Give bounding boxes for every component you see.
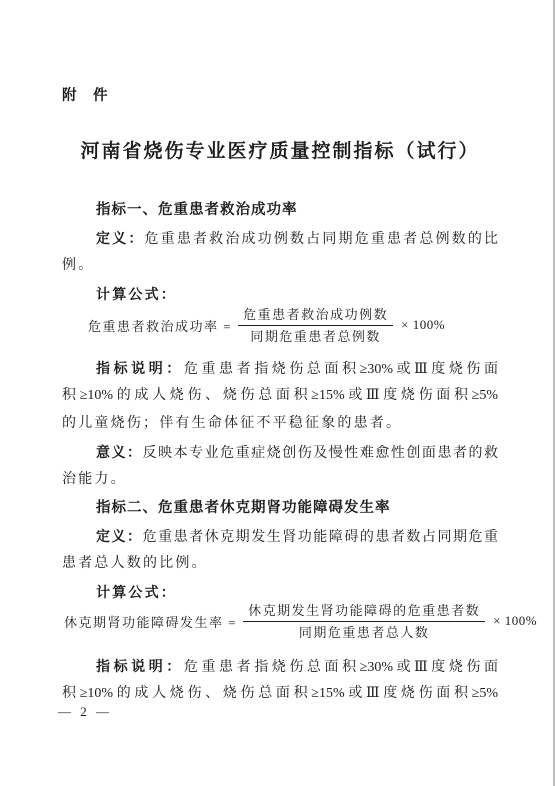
indicator1-heading: 指标一、危重患者救治成功率 xyxy=(62,196,498,224)
formula-fraction: 休克期发生肾功能障碍的危重患者数 同期危重患者总人数 xyxy=(243,602,485,641)
formula-lhs: 危重患者救治成功率 = xyxy=(88,316,232,335)
indicator1-description-line1: 指标说明：危重患者指烧伤总面积≥30%或Ⅲ度烧伤面 xyxy=(62,354,498,382)
description-label: 指标说明： xyxy=(96,360,184,376)
description-text: 危重患者指烧伤总面积≥30%或Ⅲ度烧伤面 xyxy=(184,362,498,377)
definition-label: 定义： xyxy=(96,528,143,544)
indicator1-definition-line1: 定义：危重患者救治成功例数占同期危重患者总例数的比 xyxy=(62,224,498,252)
formula-fraction: 危重患者救治成功例数 同期危重患者总例数 xyxy=(238,306,393,345)
indicator2-heading: 指标二、危重患者休克期肾功能障碍发生率 xyxy=(62,494,498,522)
scan-edge-artifact xyxy=(553,0,555,786)
indicator2-description-line2: 积≥10%的成人烧伤、烧伤总面积≥15%或Ⅲ度烧伤面积≥5% xyxy=(62,680,498,708)
indicator1-description-line2: 积≥10%的成人烧伤、烧伤总面积≥15%或Ⅲ度烧伤面积≥5% xyxy=(62,382,498,410)
definition-label: 定义： xyxy=(96,230,145,246)
significance-text: 反映本专业危重症烧创伤及慢性难愈性创面患者的救 xyxy=(143,446,498,461)
indicator1-description-line3: 的儿童烧伤；伴有生命体征不平稳征象的患者。 xyxy=(62,410,498,438)
formula-denominator: 同期危重患者总人数 xyxy=(299,622,430,641)
indicator1-definition-line2: 例。 xyxy=(62,252,498,280)
document-title: 河南省烧伤专业医疗质量控制指标（试行） xyxy=(62,138,498,166)
description-label: 指标说明： xyxy=(96,658,184,674)
document-content: 附 件 河南省烧伤专业医疗质量控制指标（试行） 指标一、危重患者救治成功率 定义… xyxy=(62,0,498,722)
definition-text: 危重患者休克期发生肾功能障碍的患者数占同期危重 xyxy=(143,530,498,545)
indicator2-definition-line1: 定义：危重患者休克期发生肾功能障碍的患者数占同期危重 xyxy=(62,522,498,550)
indicator1-significance-line1: 意义：反映本专业危重症烧创伤及慢性难愈性创面患者的救 xyxy=(62,438,498,466)
description-text: 危重患者指烧伤总面积≥30%或Ⅲ度烧伤面 xyxy=(184,660,498,675)
indicator1-formula: 危重患者救治成功率 = 危重患者救治成功例数 同期危重患者总例数 × 100% xyxy=(62,302,498,348)
formula-denominator: 同期危重患者总例数 xyxy=(250,326,381,345)
indicator1-significance-line2: 治能力。 xyxy=(62,466,498,494)
attachment-label: 附 件 xyxy=(62,86,498,106)
significance-label: 意义： xyxy=(96,444,143,460)
formula-rhs: × 100% xyxy=(493,613,537,629)
document-page: 附 件 河南省烧伤专业医疗质量控制指标（试行） 指标一、危重患者救治成功率 定义… xyxy=(0,0,556,786)
formula-numerator: 危重患者救治成功例数 xyxy=(238,306,393,326)
formula-lhs: 休克期肾功能障碍发生率 = xyxy=(64,612,237,631)
formula-numerator: 休克期发生肾功能障碍的危重患者数 xyxy=(243,602,485,622)
indicator2-description-line1: 指标说明：危重患者指烧伤总面积≥30%或Ⅲ度烧伤面 xyxy=(62,652,498,680)
indicator2-definition-line2: 患者总人数的比例。 xyxy=(62,550,498,578)
formula-rhs: × 100% xyxy=(401,317,445,333)
definition-text: 危重患者救治成功例数占同期危重患者总例数的比 xyxy=(145,232,499,247)
